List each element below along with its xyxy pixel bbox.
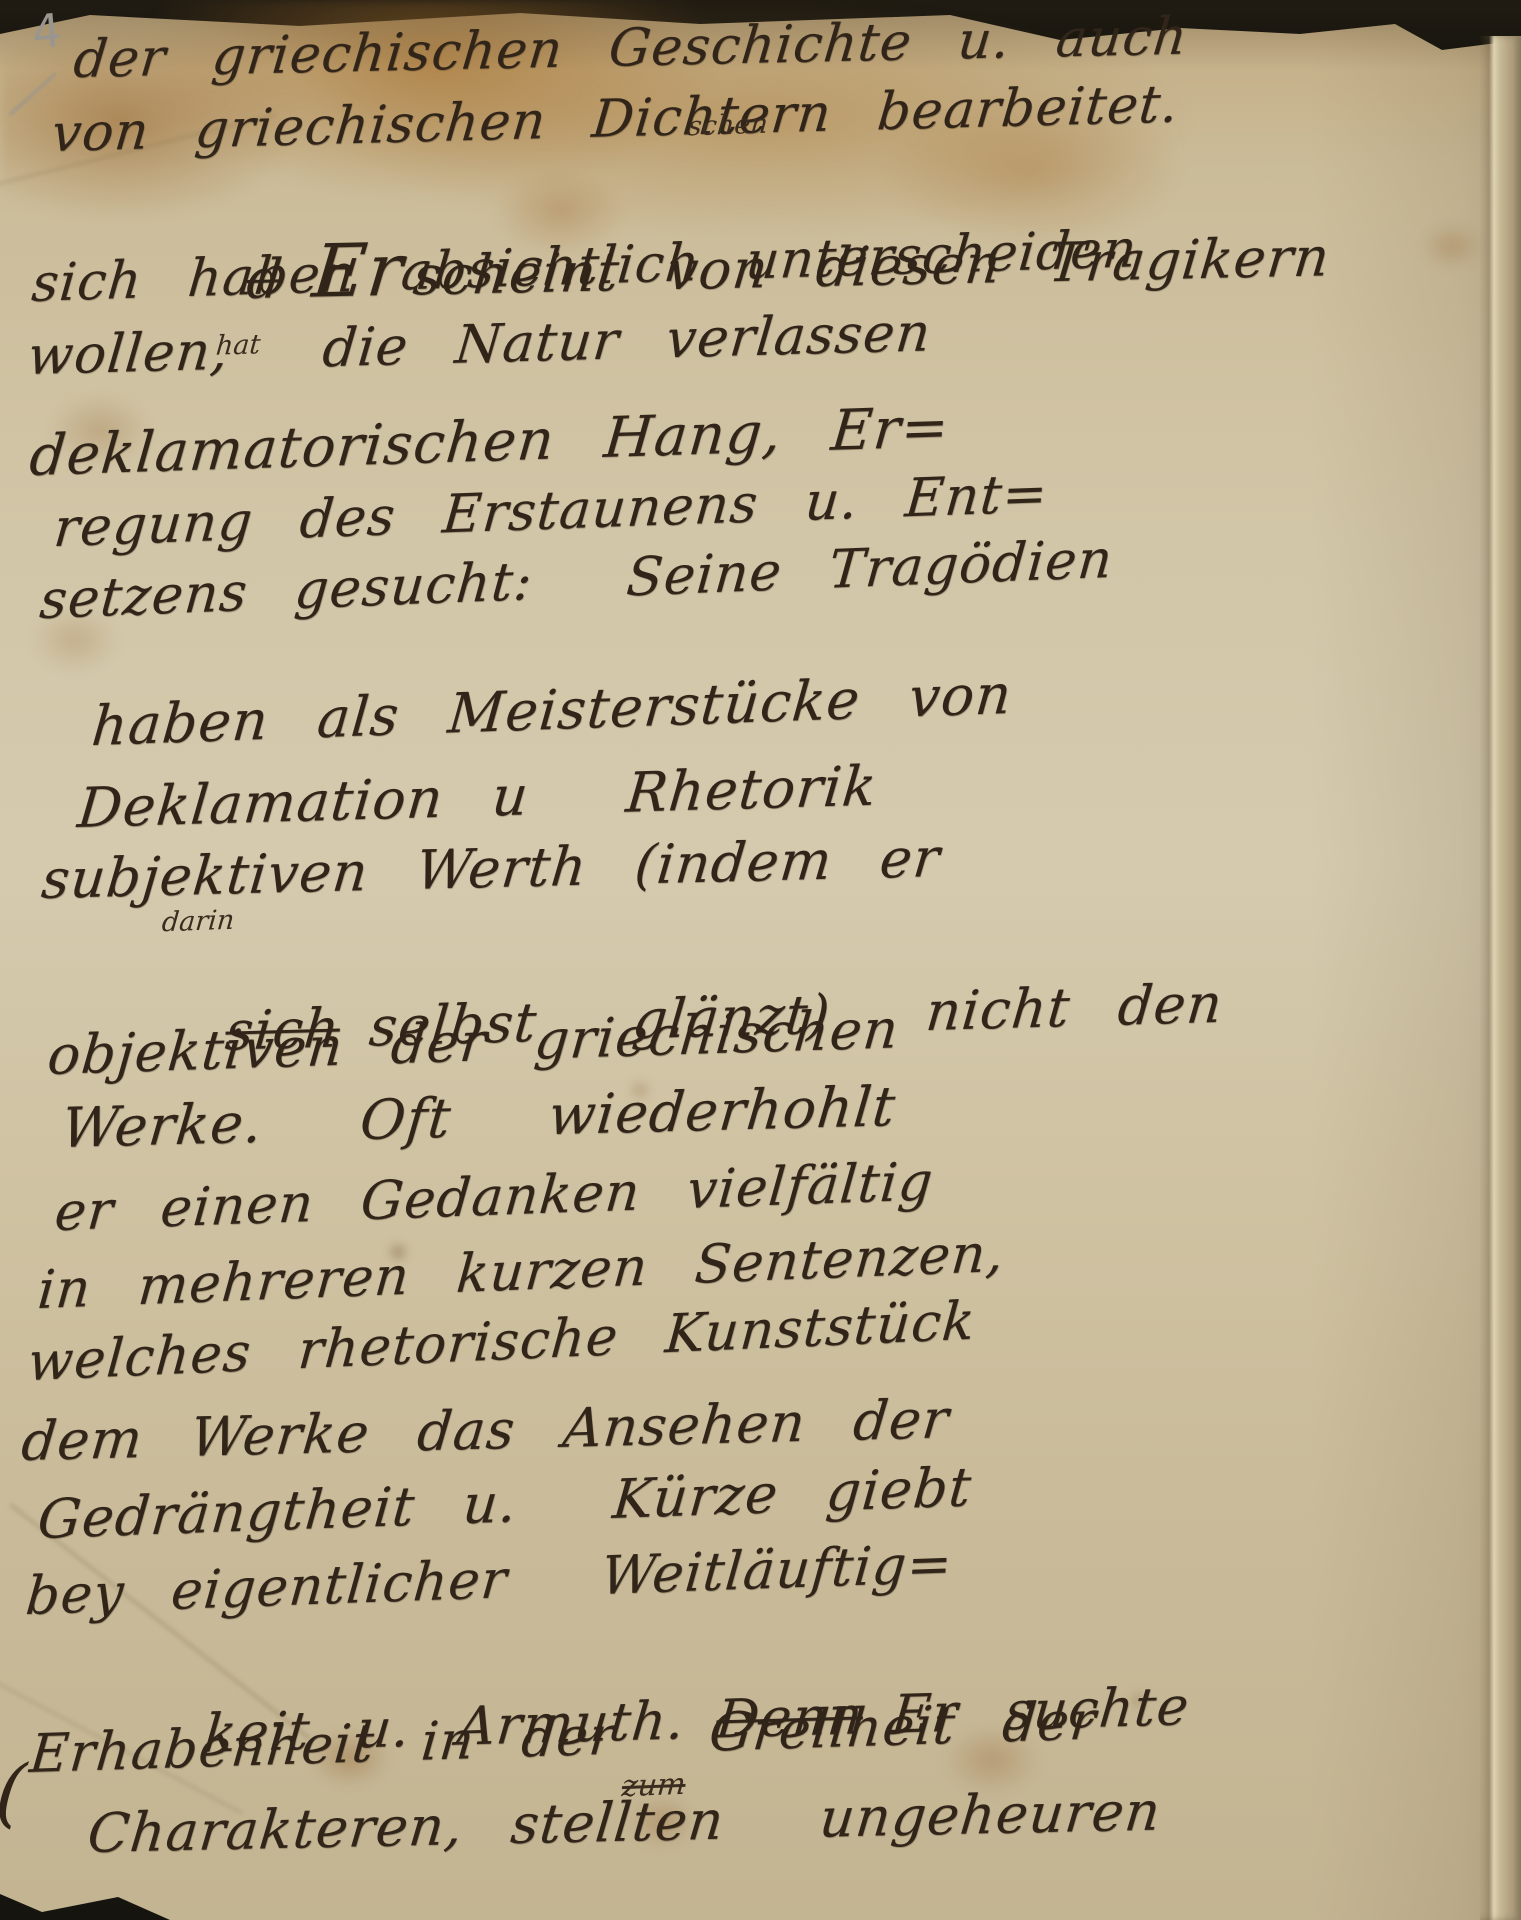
manuscript-scan: 4 der griechischen Geschichte u. auch vo… bbox=[0, 0, 1521, 1920]
interlinear-insertion: schen bbox=[687, 109, 769, 143]
page-fore-edge bbox=[1480, 36, 1521, 1920]
pencil-page-number: 4 bbox=[30, 3, 64, 59]
interlinear-insertion: darin bbox=[161, 905, 236, 939]
